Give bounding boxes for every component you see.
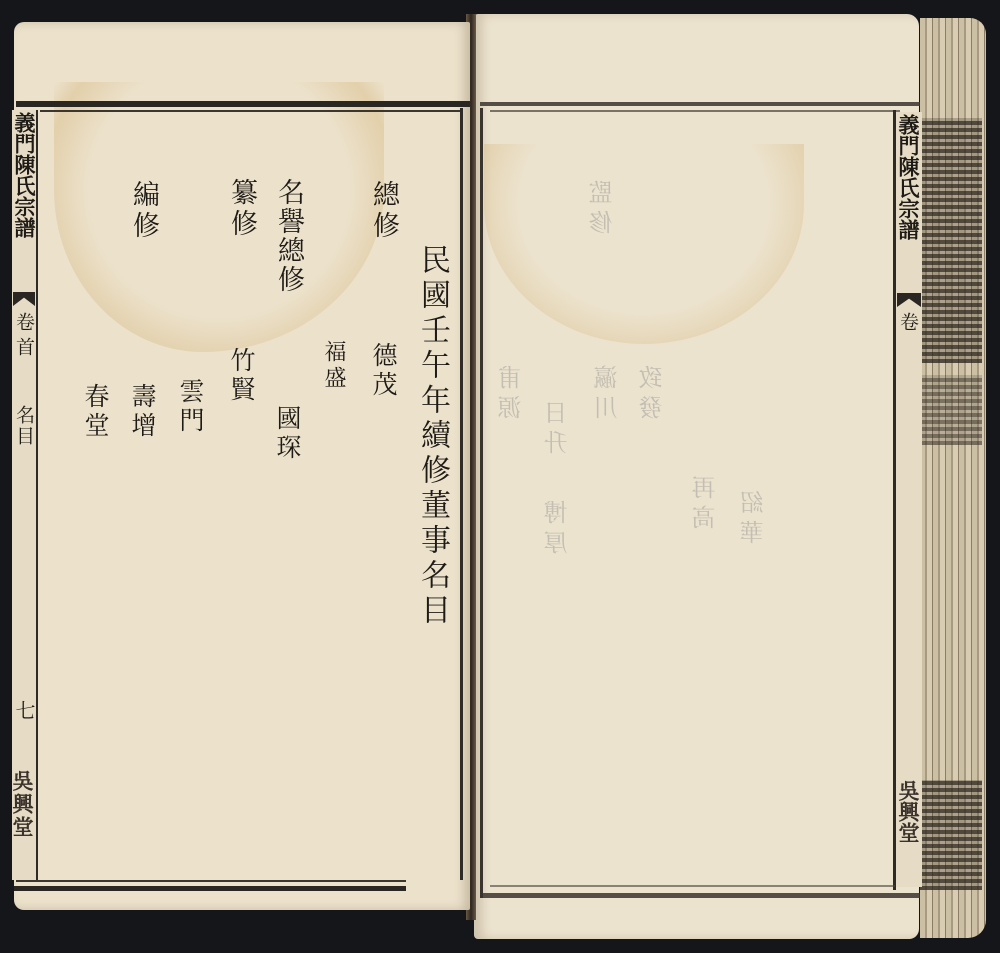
person-name: 國琛 <box>275 405 300 463</box>
person-name: 德茂 <box>371 342 396 400</box>
role-label: 纂修 <box>228 178 255 240</box>
role-label: 總修 <box>370 180 397 242</box>
right-margin-title: 義門陳氏宗譜 <box>898 114 919 240</box>
edge-ink-band <box>920 375 982 445</box>
show-through-text: 紹華 <box>736 490 771 550</box>
right-margin-hall-name: 吳興堂 <box>898 780 919 843</box>
margin-page-number: 七 <box>14 700 34 720</box>
margin-section: 名目 <box>14 405 33 447</box>
role-label: 編修 <box>130 180 157 242</box>
right-page-border-left <box>480 108 483 898</box>
person-name: 竹賢 <box>229 347 254 405</box>
left-page-border-bottom <box>14 886 406 891</box>
show-through-text: 致發 <box>635 365 670 425</box>
right-page-border-bottom <box>480 893 920 898</box>
edge-ink-band <box>920 118 982 363</box>
show-through-text: 博厚 <box>540 500 575 560</box>
show-through-text: 甫源 <box>494 365 529 425</box>
edge-ink-band <box>920 780 982 890</box>
show-through-text: 監修 <box>585 180 620 240</box>
right-page-border-top <box>480 102 920 106</box>
show-through-text: 瀛川 <box>590 365 625 425</box>
show-through-text: 再高 <box>688 475 723 535</box>
left-page-border-right <box>460 108 463 880</box>
right-page-border-inner <box>490 110 900 112</box>
page-heading: 民國壬午年續修董事名目 <box>417 244 447 629</box>
person-name: 福盛 <box>322 340 344 392</box>
right-margin-volume: 卷 <box>898 312 917 331</box>
left-page-border-top <box>16 101 470 107</box>
left-page-border-inner <box>40 110 462 112</box>
left-page-border-bottom-inner <box>16 880 406 882</box>
margin-book-title: 義門陳氏宗譜 <box>14 112 35 238</box>
person-name: 雲門 <box>178 378 203 436</box>
margin-hall-name: 吳興堂 <box>12 770 33 839</box>
person-name: 春堂 <box>83 383 108 441</box>
person-name: 壽增 <box>130 383 155 441</box>
show-through-text: 日升 <box>540 400 575 460</box>
role-label: 名譽總修 <box>275 178 302 294</box>
right-page-border-bottom-inner <box>490 885 895 887</box>
left-page <box>14 22 470 910</box>
book-scan: 監修 甫源 日升 博厚 瀛川 致發 再高 紹華 義門陳氏宗譜 卷 吳興堂 義門陳… <box>0 0 1000 953</box>
margin-volume: 卷首 <box>14 312 33 362</box>
